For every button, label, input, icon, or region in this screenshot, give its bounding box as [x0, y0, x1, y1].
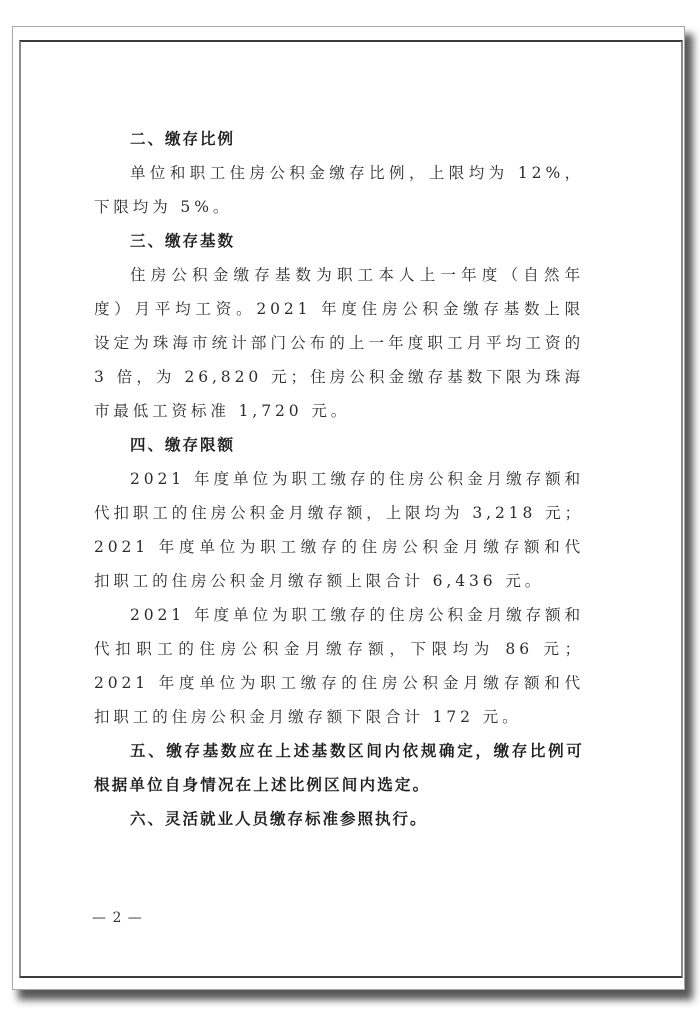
paragraph-lower-limit: 2021 年度单位为职工缴存的住房公积金月缴存额和代扣职工的住房公积金月缴存额，… [94, 598, 584, 734]
paragraph-contribution-ratio: 单位和职工住房公积金缴存比例，上限均为 12%，下限均为 5%。 [94, 156, 584, 224]
paragraph-contribution-base: 住房公积金缴存基数为职工本人上一年度（自然年度）月平均工资。2021 年度住房公… [94, 258, 584, 428]
paragraph-upper-limit: 2021 年度单位为职工缴存的住房公积金月缴存额和代扣职工的住房公积金月缴存额，… [94, 462, 584, 598]
item-six-flexible-employment: 六、灵活就业人员缴存标准参照执行。 [94, 802, 584, 836]
section-heading-contribution-base: 三、缴存基数 [94, 224, 584, 258]
section-heading-contribution-limit: 四、缴存限额 [94, 428, 584, 462]
section-heading-contribution-ratio: 二、缴存比例 [94, 122, 584, 156]
document-body: 二、缴存比例 单位和职工住房公积金缴存比例，上限均为 12%，下限均为 5%。 … [94, 122, 584, 836]
item-five-base-and-ratio-selection: 五、缴存基数应在上述基数区间内依规确定，缴存比例可根据单位自身情况在上述比例区间… [94, 734, 584, 802]
page-number: — 2 — [92, 910, 143, 926]
